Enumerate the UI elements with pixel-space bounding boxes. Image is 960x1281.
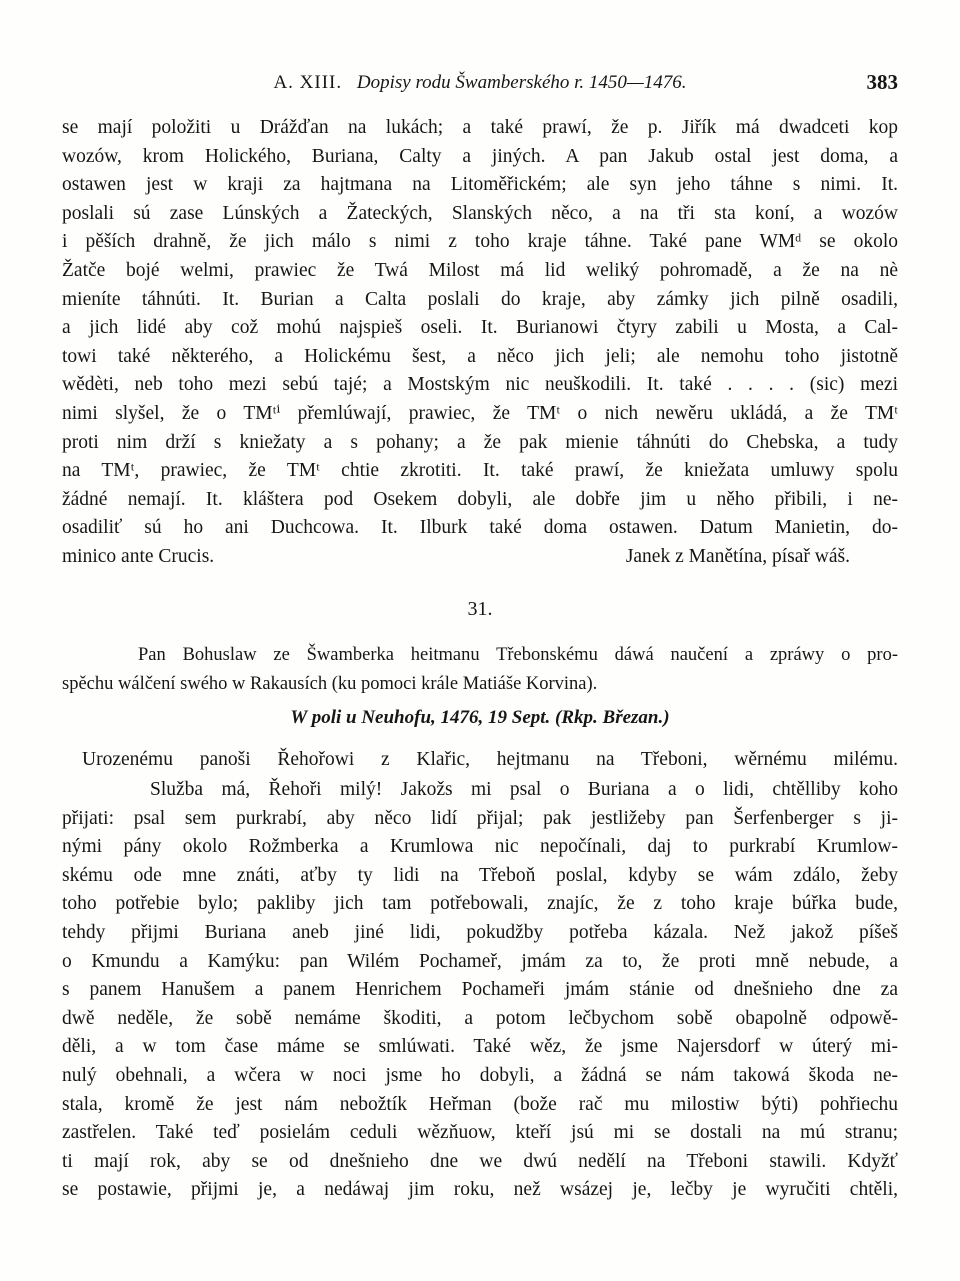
- text-line: mieníte táhnúti. It. Burian a Calta posl…: [62, 286, 898, 315]
- text-line: wědèti, neb toho mezi sebú tajé; a Mosts…: [62, 371, 898, 400]
- page-number: 383: [867, 70, 899, 95]
- text-line: žádné nemají. It. kláštera pod Osekem do…: [62, 486, 898, 515]
- text-line: přijati: psal sem purkrabí, aby něco lid…: [62, 805, 898, 834]
- letter-30-closing-line: minico ante Crucis. Janek z Manětína, pí…: [62, 543, 898, 572]
- letter-30-text: se mají položiti u Drážďan na lukách; a …: [62, 114, 898, 543]
- text-line: nými pány okolo Rožmberka a Krumlowa nic…: [62, 833, 898, 862]
- text-line: Služba má, Řehoři milý! Jakožs mi psal o…: [62, 776, 898, 805]
- text-line: toho potřebie bylo; pakliby jich tam pot…: [62, 890, 898, 919]
- text-line: ostawen jest w kraji za hajtmana na Lito…: [62, 171, 898, 200]
- text-line: skému ode mne znáti, aťby ty lidi na Tře…: [62, 862, 898, 891]
- book-page: A. XIII. Dopisy rodu Šwamberského r. 145…: [0, 0, 960, 1281]
- text-line: proti nim drží s kniežaty a s pohany; a …: [62, 429, 898, 458]
- text-line: nulý obehnali, a wčera w noci jsme ho do…: [62, 1062, 898, 1091]
- text-line: nimi slyšel, že o TMᵗⁱ přemlúwají, prawi…: [62, 400, 898, 429]
- text-line: stala, kromě že jest nám nebožtík Heřman…: [62, 1091, 898, 1120]
- text-line: zastřelen. Také teď posielám ceduli wězň…: [62, 1119, 898, 1148]
- text-line: s panem Hanušem a panem Henrichem Pocham…: [62, 976, 898, 1005]
- text-line: děli, a w tom čase máme se smlúwati. Tak…: [62, 1033, 898, 1062]
- running-title: Dopisy rodu Šwamberského r. 1450—1476.: [357, 72, 687, 93]
- letter-30-signature: Janek z Manětína, písař wáš.: [626, 543, 898, 572]
- text-line: Žatče bojé welmi, prawiec že Twá Milost …: [62, 257, 898, 286]
- letter-31-number: 31.: [62, 598, 898, 621]
- text-line: osadiliť sú ho ani Duchcowa. It. Ilburk …: [62, 514, 898, 543]
- letter-31-salutation: Urozenému panoši Řehořowi z Klařic, hejt…: [62, 746, 898, 775]
- text-line: poslali sú zase Lúnských a Žateckých, Sl…: [62, 200, 898, 229]
- text-line: dwě neděle, že sobě nemáme škoditi, a po…: [62, 1005, 898, 1034]
- text-line: towi také některého, a Holickému šest, a…: [62, 343, 898, 372]
- text-line: a jich lidé aby což mohú najspieš oseli.…: [62, 314, 898, 343]
- running-head: A. XIII. Dopisy rodu Šwamberského r. 145…: [62, 72, 898, 98]
- letter-31-summary: Pan Bohuslaw ze Šwamberka heitmanu Třebo…: [62, 641, 898, 700]
- text-line: Pan Bohuslaw ze Šwamberka heitmanu Třebo…: [62, 641, 898, 671]
- text-line: se postawie, přijmi je, a nedáwaj jim ro…: [62, 1176, 898, 1205]
- text-line: se mají položiti u Drážďan na lukách; a …: [62, 114, 898, 143]
- text-line: o Kmundu a Kamýku: pan Wilém Pochameř, j…: [62, 948, 898, 977]
- running-head-center: A. XIII. Dopisy rodu Šwamberského r. 145…: [62, 72, 898, 94]
- text-line: ti mají rok, aby se od dnešnieho dne we …: [62, 1148, 898, 1177]
- text-line: wozów, krom Holického, Buriana, Calty a …: [62, 143, 898, 172]
- letter-31: 31. Pan Bohuslaw ze Šwamberka heitmanu T…: [62, 598, 898, 1206]
- letter-30-closing-words: minico ante Crucis.: [62, 543, 214, 572]
- letter-30-continuation: se mají položiti u Drážďan na lukách; a …: [62, 114, 898, 572]
- text-line: spěchu wálčení swého w Rakausích (ku pom…: [62, 670, 898, 700]
- letter-31-body: Služba má, Řehoři milý! Jakožs mi psal o…: [62, 776, 898, 1205]
- text-line: i pěších drahně, že jich málo s nimi z t…: [62, 228, 898, 257]
- letter-31-salutation-wrap: Urozenému panoši Řehořowi z Klařic, hejt…: [62, 746, 898, 775]
- chapter-label: A. XIII.: [273, 72, 342, 93]
- text-line: tehdy přijmi Buriana aneb jiné lidi, pok…: [62, 919, 898, 948]
- text-line: na TMᵗ, prawiec, že TMᵗ chtie zkrotiti. …: [62, 457, 898, 486]
- letter-31-dateline: W poli u Neuhofu, 1476, 19 Sept. (Rkp. B…: [62, 703, 898, 733]
